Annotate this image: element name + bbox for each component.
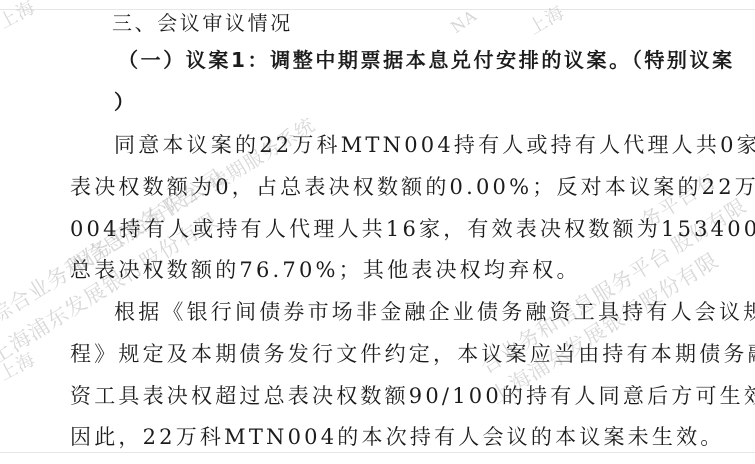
paragraph-2-line-3: 资工具表决权超过总表决权数额90/100的持有人同意后方可生效。 bbox=[70, 382, 755, 410]
watermark: 上海 bbox=[0, 0, 40, 34]
paragraph-1-line-3: 004持有人或持有人代理人共16家，有效表决权数额为15340000，占 bbox=[70, 215, 755, 243]
motion-title-line-1: （一）议案1：调整中期票据本息兑付安排的议案。（特别议案 bbox=[118, 46, 735, 74]
paragraph-2-line-4: 因此，22万科MTN004的本次持有人会议的本议案未生效。 bbox=[70, 423, 725, 451]
motion-title-line-2: ） bbox=[114, 88, 137, 116]
section-heading: 三、会议审议情况 bbox=[112, 9, 293, 37]
paragraph-2-line-1: 根据《银行间债券市场非金融企业债务融资工具持有人会议规 bbox=[114, 298, 755, 326]
watermark: NA bbox=[447, 6, 480, 37]
paragraph-1-line-2: 表决权数额为0，占总表决权数额的0.00%；反对本议案的22万科MTN bbox=[70, 173, 755, 201]
paragraph-1-line-4: 总表决权数额的76.70%；其他表决权均弃权。 bbox=[70, 256, 581, 284]
watermark: 上海 bbox=[523, 0, 569, 40]
paragraph-1-line-1: 同意本议案的22万科MTN004持有人或持有人代理人共0家，有效 bbox=[114, 131, 755, 159]
paragraph-2-line-2: 程》规定及本期债务发行文件约定，本议案应当由持有本期债务融 bbox=[70, 340, 755, 368]
watermark: 上海 bbox=[0, 345, 40, 386]
page-bottom-border bbox=[0, 452, 755, 453]
